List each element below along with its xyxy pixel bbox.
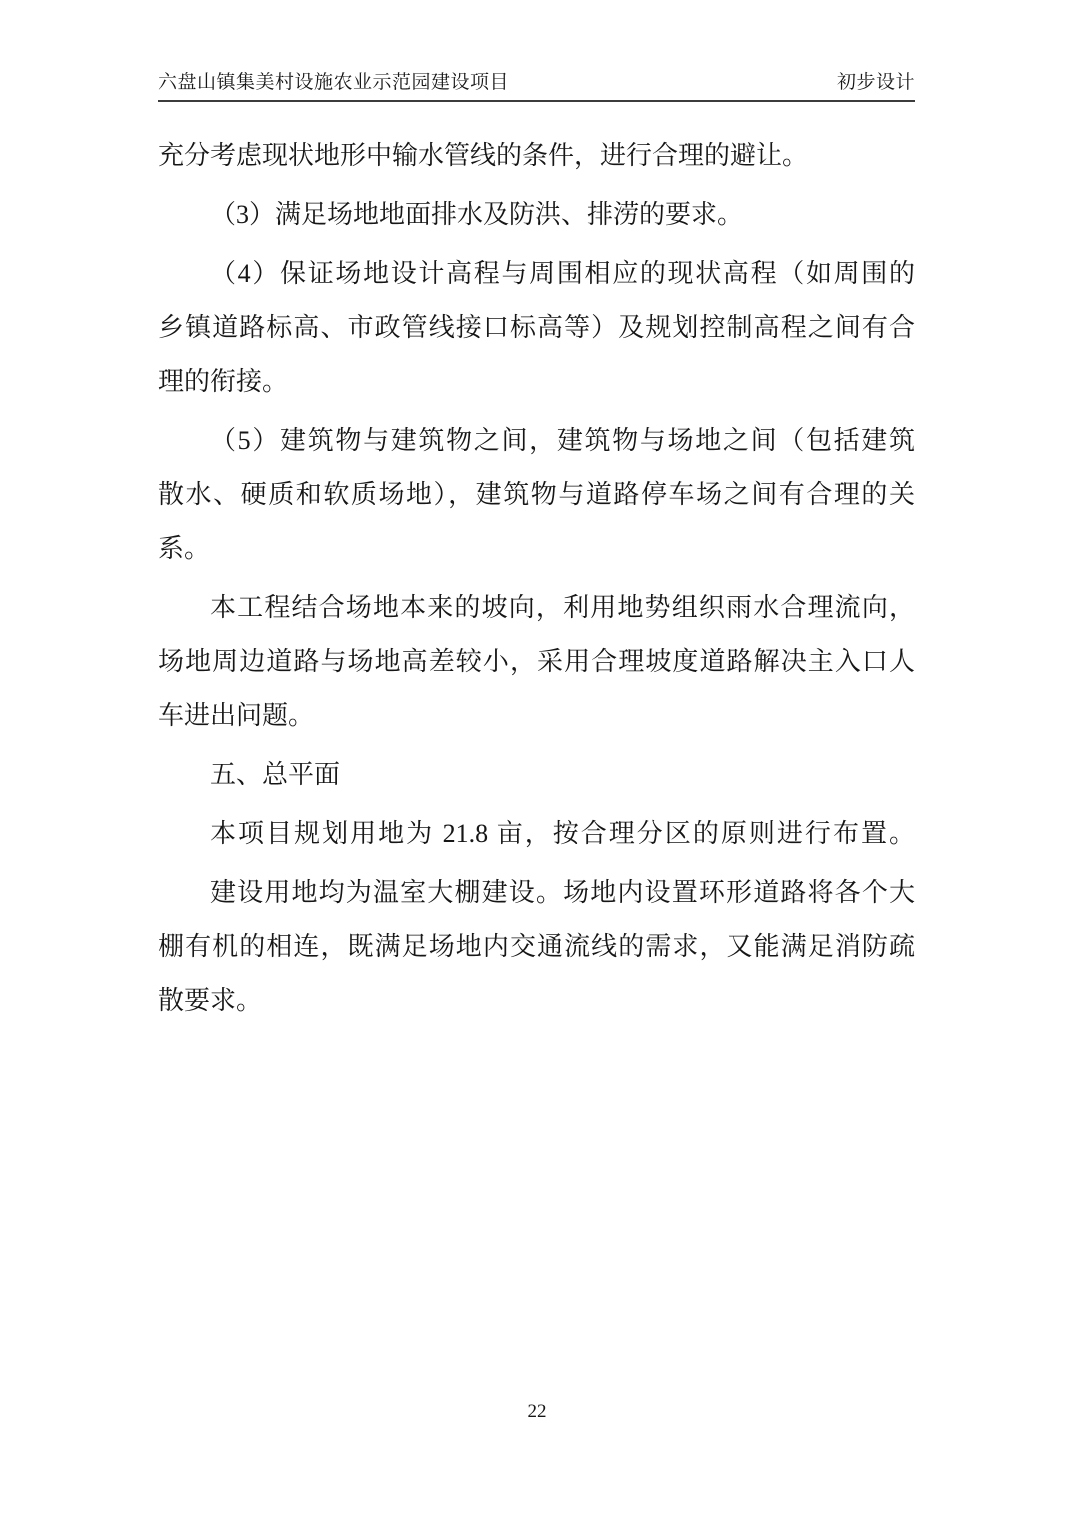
body-line: 散要求。 — [158, 974, 915, 1028]
slope-drainage-paragraph: 本工程结合场地本来的坡向，利用地势组织雨水合理流向， 场地周边道路与场地高差较小… — [158, 581, 915, 743]
section-5-heading: 五、总平面 — [158, 748, 915, 802]
body-line: （3）满足场地地面排水及防洪、排涝的要求。 — [158, 188, 915, 242]
page-header: 六盘山镇集美村设施农业示范园建设项目 初步设计 — [158, 72, 915, 102]
body-line: 乡镇道路标高、市政管线接口标高等）及规划控制高程之间有合 — [158, 301, 915, 355]
section-heading-line: 五、总平面 — [158, 748, 915, 802]
body-line: 充分考虑现状地形中输水管线的条件，进行合理的避让。 — [158, 129, 915, 183]
body-line: 本项目规划用地为 21.8 亩，按合理分区的原则进行布置。 — [158, 807, 915, 861]
body-line: 系。 — [158, 522, 915, 576]
body-line: 场地周边道路与场地高差较小，采用合理坡度道路解决主入口人 — [158, 635, 915, 689]
body-line: （4）保证场地设计高程与周围相应的现状高程（如周围的 — [158, 247, 915, 301]
document-page: 六盘山镇集美村设施农业示范园建设项目 初步设计 充分考虑现状地形中输水管线的条件… — [0, 0, 1074, 1520]
body-line: 车进出问题。 — [158, 689, 915, 743]
header-doc-stage: 初步设计 — [837, 72, 915, 94]
item-3-paragraph: （3）满足场地地面排水及防洪、排涝的要求。 — [158, 188, 915, 242]
continued-paragraph: 充分考虑现状地形中输水管线的条件，进行合理的避让。 — [158, 129, 915, 183]
land-area-paragraph: 本项目规划用地为 21.8 亩，按合理分区的原则进行布置。 — [158, 807, 915, 861]
body-line: 本工程结合场地本来的坡向，利用地势组织雨水合理流向， — [158, 581, 915, 635]
item-4-paragraph: （4）保证场地设计高程与周围相应的现状高程（如周围的 乡镇道路标高、市政管线接口… — [158, 247, 915, 409]
header-project-title: 六盘山镇集美村设施农业示范园建设项目 — [158, 72, 509, 94]
page-footer: 22 — [0, 1398, 1074, 1426]
body-line: （5）建筑物与建筑物之间，建筑物与场地之间（包括建筑 — [158, 414, 915, 468]
greenhouse-layout-paragraph: 建设用地均为温室大棚建设。场地内设置环形道路将各个大 棚有机的相连，既满足场地内… — [158, 866, 915, 1028]
body-line: 理的衔接。 — [158, 355, 915, 409]
body-line: 散水、硬质和软质场地），建筑物与道路停车场之间有合理的关 — [158, 468, 915, 522]
document-body: 充分考虑现状地形中输水管线的条件，进行合理的避让。 （3）满足场地地面排水及防洪… — [158, 129, 915, 1033]
page-number: 22 — [528, 1401, 547, 1422]
body-line: 建设用地均为温室大棚建设。场地内设置环形道路将各个大 — [158, 866, 915, 920]
item-5-paragraph: （5）建筑物与建筑物之间，建筑物与场地之间（包括建筑 散水、硬质和软质场地），建… — [158, 414, 915, 576]
body-line: 棚有机的相连，既满足场地内交通流线的需求，又能满足消防疏 — [158, 920, 915, 974]
